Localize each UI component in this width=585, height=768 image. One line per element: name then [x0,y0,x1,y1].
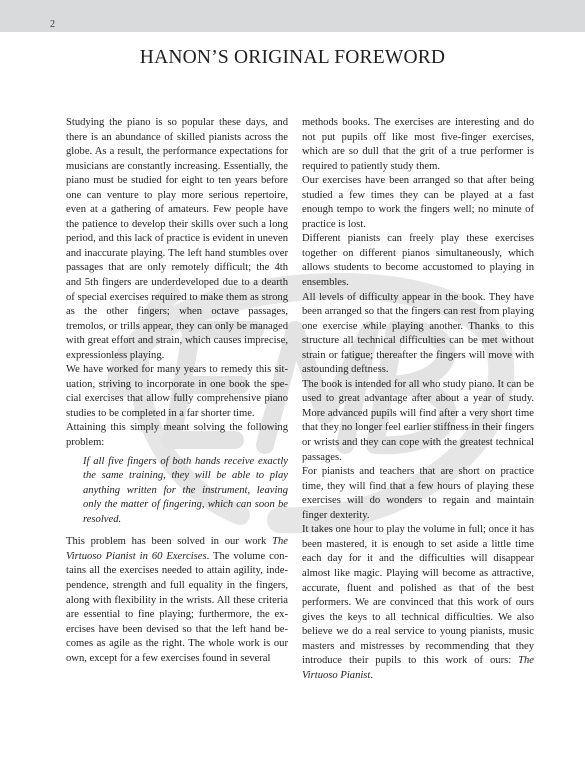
paragraph: All levels of difficulty appear in the b… [302,291,534,378]
paragraph: Studying the piano is so popular these d… [66,116,288,363]
paragraph: Attaining this simply meant solving the … [66,421,288,450]
paragraph-text: This problem has been solved in our work [66,536,272,547]
paragraph: methods books. The exercises are interes… [302,116,534,174]
page-number: 2 [50,19,55,30]
page-header-band: 2 [0,0,585,32]
paragraph: This problem has been solved in our work… [66,535,288,666]
paragraph-text: It takes one hour to play the volume in … [302,524,534,666]
paragraph: The book is intended for all who study p… [302,378,534,465]
paragraph: For pianists and teachers that are short… [302,465,534,523]
left-column: Studying the piano is so popular these d… [66,116,288,666]
paragraph: Different pianists can freely play these… [302,232,534,290]
block-quote: If all five fingers of both hands receiv… [66,455,288,528]
right-column: methods books. The exercises are interes… [302,116,534,683]
paragraph-text: . [370,670,373,681]
paragraph-text: . The volume con­tains all the exercises… [66,551,288,664]
paragraph: It takes one hour to play the volume in … [302,523,534,683]
paragraph: Our exercises have been arranged so that… [302,174,534,232]
page-title: HANON’S ORIGINAL FOREWORD [0,47,585,69]
paragraph: We have worked for many years to remedy … [66,363,288,421]
